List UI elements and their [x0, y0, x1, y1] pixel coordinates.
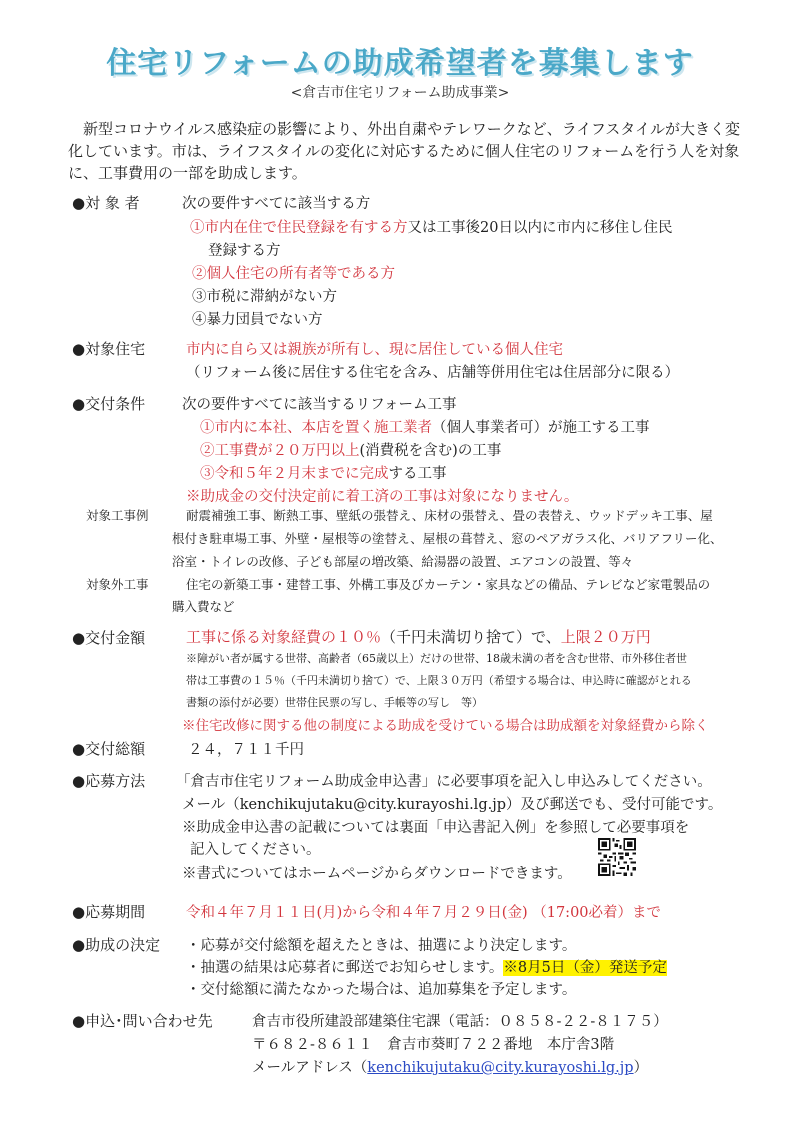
contact-address: 〒６８２-８６１１ 倉吉市葵町７２２番地 本庁舎3階	[252, 1033, 614, 1054]
condition-2-emphasis: ②工事費が２０万円以上	[200, 443, 360, 459]
application-line-1: 「倉吉市住宅リフォーム助成金申込書」に必要事項を記入し申込みしてください。	[176, 770, 712, 791]
conditions-warning: ※助成金の交付決定前に着工済の工事は対象になりません。	[186, 485, 578, 506]
eligible-housing-main: 市内に自ら又は親族が所有し、現に居住している個人住宅	[186, 338, 563, 359]
eligible-housing-label: ●対象住宅	[72, 338, 145, 359]
decision-line-3: ・交付総額に満たなかった場合は、追加募集を予定します。	[186, 978, 576, 999]
total-value: ２４，７１１千円	[188, 738, 304, 759]
amount-main: 工事に係る対象経費の１０％（千円未満切り捨て）で、上限２０万円	[186, 626, 651, 647]
decision-line-2: ・抽選の結果は応募者に郵送でお知らせします。※8月5日（金）発送予定	[186, 956, 667, 977]
item-1-emphasis: ①市内在住で住民登録を有する方	[190, 220, 408, 236]
application-line-2: メール（kenchikujutaku@city.kurayoshi.lg.jp）…	[182, 793, 722, 814]
conditions-label: ●交付条件	[72, 393, 145, 414]
condition-3: ③令和５年２月末までに完成する工事	[200, 462, 447, 483]
condition-1: ①市内に本社、本店を置く施工業者（個人事業者可）が施工する工事	[200, 416, 650, 437]
eligible-persons-item-4: ④暴力団員でない方	[192, 308, 323, 329]
condition-1-emphasis: ①市内に本社、本店を置く施工業者	[200, 420, 432, 436]
decision-line-1: ・応募が交付総額を超えたときは、抽選により決定します。	[186, 934, 576, 955]
contact-email-suffix: ）	[634, 1060, 649, 1076]
contact-email-line: メールアドレス（kenchikujutaku@city.kurayoshi.lg…	[252, 1056, 648, 1077]
eligible-persons-item-2: ②個人住宅の所有者等である方	[192, 262, 395, 283]
ineligible-work-line-1: 住宅の新築工事・建替工事、外構工事及びカーテン・家具などの備品、テレビなど家電製…	[186, 575, 710, 593]
eligible-persons-item-1-cont: 登録する方	[208, 239, 281, 260]
page-title: 住宅リフォームの助成希望者を募集します	[0, 38, 800, 82]
condition-3-rest: する工事	[389, 466, 447, 482]
amount-label: ●交付金額	[72, 627, 145, 648]
condition-2: ②工事費が２０万円以上(消費税を含む)の工事	[200, 439, 501, 460]
contact-email-link[interactable]: kenchikujutaku@city.kurayoshi.lg.jp	[367, 1060, 633, 1076]
eligible-housing-note: （リフォーム後に居住する住宅を含み、店舗等併用住宅は住居部分に限る）	[186, 361, 679, 382]
eligible-work-label: 対象工事例	[86, 506, 149, 524]
eligible-persons-item-1: ①市内在住で住民登録を有する方又は工事後20日以内に市内に移住し住民	[190, 216, 672, 237]
amount-note-4: ※住宅改修に関する他の制度による助成を受けている場合は助成額を対象経費から除く	[182, 714, 709, 734]
amount-note-2: 帯は工事費の１５％（千円未満切り捨て）で、上限３０万円（希望する場合は、申込時に…	[186, 672, 692, 688]
amount-rounding: （千円未満切り捨て）で、	[381, 628, 561, 646]
application-line-5: ※書式についてはホームページからダウンロードできます。	[182, 862, 572, 883]
page-subtitle: <倉吉市住宅リフォーム助成事業>	[0, 82, 800, 102]
decision-label: ●助成の決定	[72, 934, 160, 955]
condition-2-rest: (消費税を含む)の工事	[360, 443, 502, 459]
eligible-work-line-2: 根付き駐車場工事、外壁・屋根等の塗替え、屋根の葺替え、窓のペアガラス化、バリアフ…	[172, 529, 723, 547]
amount-note-3: 書類の添付が必要）世帯住民票の写し、手帳等の写し 等）	[186, 694, 483, 710]
condition-3-emphasis: ③令和５年２月末までに完成	[200, 466, 389, 482]
contact-label: ●申込･問い合わせ先	[72, 1010, 213, 1031]
intro-paragraph: 新型コロナウイルス感染症の影響により、外出自粛やテレワークなど、ライフスタイルが…	[68, 118, 748, 184]
qr-code-icon[interactable]	[598, 838, 636, 876]
amount-cap: 上限２０万円	[561, 628, 651, 646]
contact-email-prefix: メールアドレス（	[252, 1060, 367, 1076]
total-label: ●交付総額	[72, 738, 145, 759]
contact-department: 倉吉市役所建設部建築住宅課（電話：０８５８-２２-８１７５）	[252, 1010, 668, 1031]
decision-line-2-text: ・抽選の結果は応募者に郵送でお知らせします。	[186, 960, 503, 976]
period-value: 令和４年７月１１日(月)から令和４年７月２９日(金) （17:00必着）まで	[186, 901, 661, 922]
conditions-lead: 次の要件すべてに該当するリフォーム工事	[182, 393, 456, 414]
application-line-4: 記入してください。	[190, 838, 321, 859]
eligible-persons-lead: 次の要件すべてに該当する方	[182, 192, 370, 213]
eligible-work-line-1: 耐震補強工事、断熱工事、壁紙の張替え、床材の張替え、畳の表替え、ウッドデッキ工事…	[186, 506, 713, 524]
amount-rate: 工事に係る対象経費の１０％	[186, 628, 381, 646]
mailing-date-highlight: ※8月5日（金）発送予定	[503, 960, 666, 976]
eligible-persons-label: ●対 象 者	[72, 192, 140, 213]
eligible-persons-item-3: ③市税に滞納がない方	[192, 285, 337, 306]
amount-note-1: ※障がい者が属する世帯、高齢者（65歳以上）だけの世帯、18歳未満の者を含む世帯…	[186, 650, 687, 666]
item-1-rest: 又は工事後20日以内に市内に移住し住民	[408, 220, 673, 236]
ineligible-work-label: 対象外工事	[86, 575, 149, 593]
ineligible-work-line-2: 購入費など	[172, 597, 235, 615]
condition-1-rest: （個人事業者可）が施工する工事	[432, 420, 650, 436]
eligible-work-line-3: 浴室・トイレの改修、子ども部屋の増改築、給湯器の設置、エアコンの設置、等々	[172, 552, 633, 570]
period-label: ●応募期間	[72, 901, 145, 922]
application-line-3: ※助成金申込書の記載については裏面「申込書記入例」を参照して必要事項を	[182, 816, 689, 837]
application-label: ●応募方法	[72, 770, 145, 791]
